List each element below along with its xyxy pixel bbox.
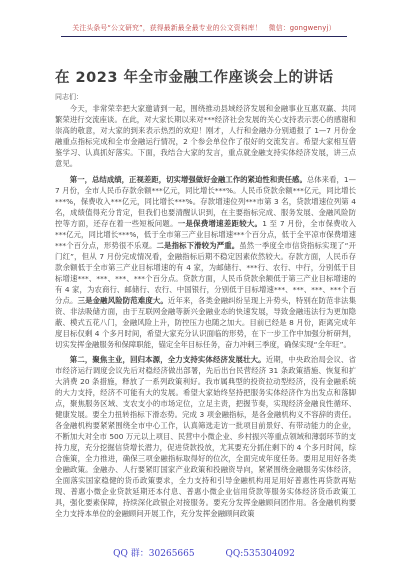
paragraph-text: 近期，中央政治局会议、省市经济运行调度会议先后对稳经济做出部署，先后出台民营经济…: [55, 355, 356, 518]
paragraph: 今天，非常荣幸把大家邀请到一起，围绕推动县域经济发展和金融事业互惠双赢、共同繁荣…: [55, 103, 356, 169]
qq-group-number: QQ 群：30265665: [113, 546, 194, 559]
salutation: 同志们：: [55, 92, 83, 102]
paragraph: 第二，聚焦主业，回归本源，全力支持实体经济发展壮大。近期，中央政治局会议、省市经…: [55, 354, 356, 519]
qq-number: QQ:535304092: [225, 549, 294, 559]
paragraph-lead-bold: 三是金融风险防范难度大。: [78, 296, 168, 305]
paragraph-lead-bold: 一是保费增速差距较大。: [178, 219, 262, 228]
paragraph-lead-bold: 二是指标下滑较为严重。: [157, 241, 240, 250]
page-title: 在 2023 年全市金融工作座谈会上的讲话: [55, 66, 375, 87]
document-paragraphs: 今天，非常荣幸把大家邀请到一起，围绕推动县域经济发展和金融事业互惠双赢、共同繁荣…: [55, 103, 356, 527]
document-page: 关注头条号“公文研究”，获得最新最全最专业的公文资料库！ 微信：gongweny…: [0, 0, 408, 580]
paragraph: 第一，总结成绩，正视差距，切实增强做好金融工作的紧迫性和责任感。总体来看，1—7…: [55, 174, 356, 350]
paragraph-lead-bold: 第一，总结成绩，正视差距，切实增强做好金融工作的紧迫性和责任感。: [70, 175, 307, 184]
paragraph-text: 今天，非常荣幸把大家邀请到一起，围绕推动县域经济发展和金融事业互惠双赢、共同繁荣…: [55, 104, 356, 168]
paragraph-lead-bold: 第二，聚焦主业，回归本源，全力支持实体经济发展壮大。: [70, 355, 266, 364]
header-promo-banner: 关注头条号“公文研究”，获得最新最全最专业的公文资料库！ 微信：gongweny…: [61, 24, 347, 37]
footer-contact: QQ 群：30265665 QQ:535304092: [0, 546, 408, 559]
